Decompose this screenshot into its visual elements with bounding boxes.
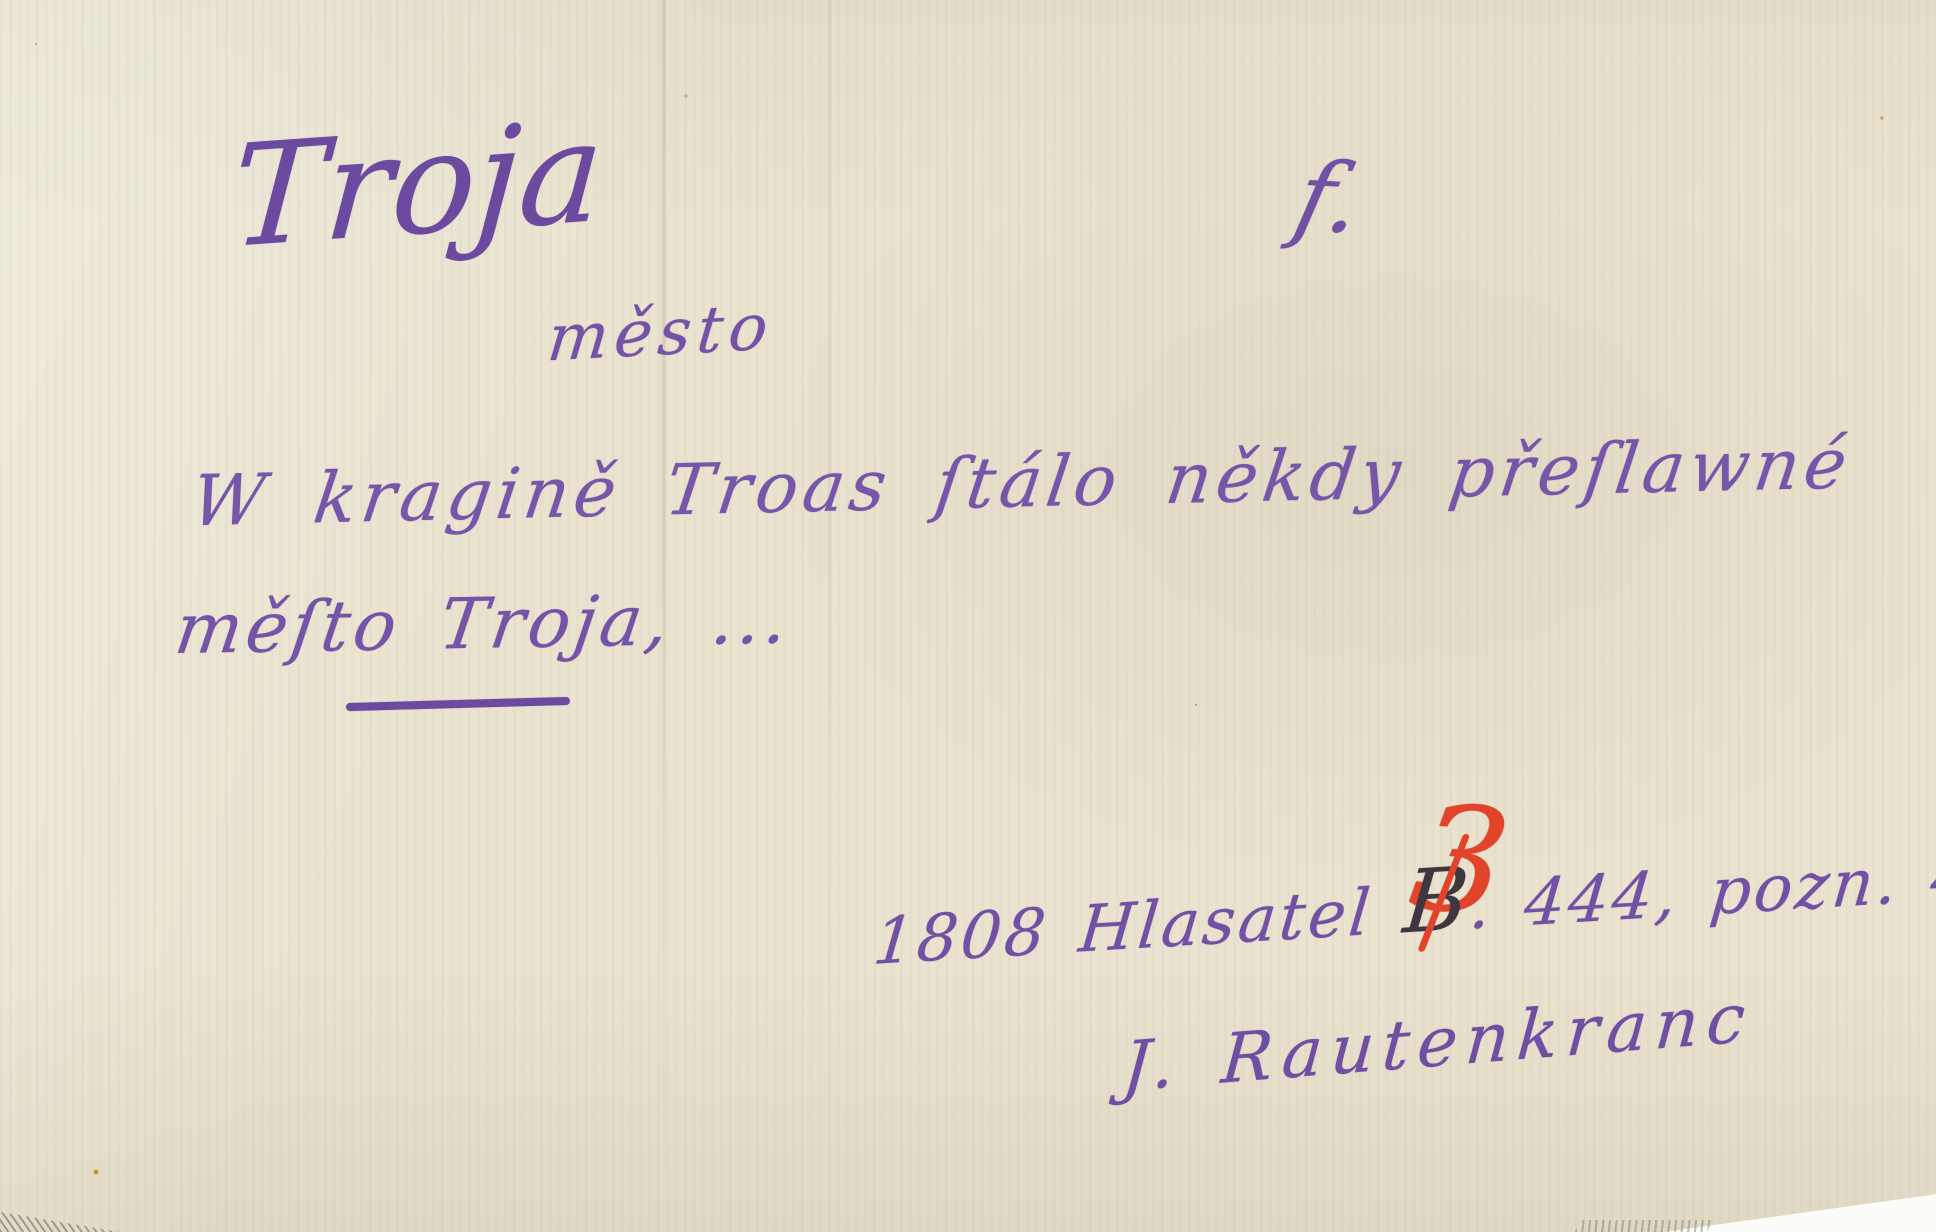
citation-line: 1808 Hlasatel B. 444, pozn. 4 xyxy=(870,840,1936,980)
scan-corner-hatch xyxy=(0,1212,120,1232)
quote-line-2: měſto Troja, ... xyxy=(170,577,797,670)
signature: J. Rautenkranc xyxy=(1120,978,1756,1107)
quote-line-2-prefix: měſto xyxy=(170,583,446,670)
citation-prefix: 1808 Hlasatel xyxy=(870,874,1407,980)
citation-suffix: . 444, pozn. 4 xyxy=(1467,840,1936,945)
quote-line-2-suffix: , ... xyxy=(640,577,797,662)
term-underline xyxy=(346,697,570,711)
gender-note: f. xyxy=(1285,141,1373,255)
paper-crease xyxy=(826,0,836,1232)
quote-term: Troja xyxy=(435,580,652,666)
quote-line-1: W kragině Troas ſtálo někdy přeſlawné xyxy=(187,422,1857,542)
index-card: Troja město f. W kragině Troas ſtálo něk… xyxy=(0,0,1936,1232)
headword: Troja xyxy=(227,90,609,280)
headword-gloss: město xyxy=(544,290,777,376)
scan-hatch-mark xyxy=(1575,1220,1714,1232)
struck-letter: B xyxy=(1405,899,1471,903)
